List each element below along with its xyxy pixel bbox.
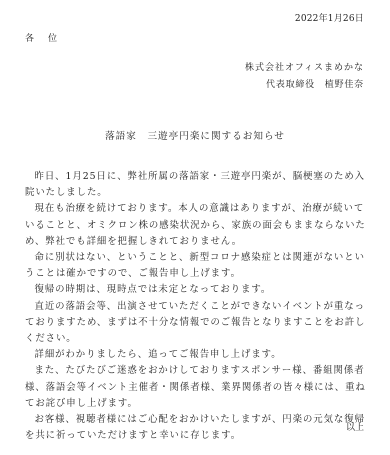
document-date: 2022年1月26日 <box>295 11 364 24</box>
company-name: 株式会社オフィスまめかな <box>245 60 364 73</box>
body-paragraph: お客様、視聴者様にはご心配をおかけいたしますが、円楽の元気な復帰を共に祈っていた… <box>25 412 367 444</box>
document-body: 昨日、1月25日に、弊社所属の落語家・三遊亭円楽が、脳梗塞のため入院いたしました… <box>25 169 367 444</box>
body-paragraph: また、たびたびご迷惑をおかけしておりますスポンサー様、番組関係者様、落語会等イベ… <box>25 363 367 412</box>
body-paragraph: 現在も治療を続けております。本人の意識はありますが、治療が続いていることと、オミ… <box>25 201 367 250</box>
document-title: 落語家 三遊亭円楽に関するお知らせ <box>0 128 390 142</box>
body-paragraph: 昨日、1月25日に、弊社所属の落語家・三遊亭円楽が、脳梗塞のため入院いたしました… <box>25 169 367 201</box>
addressee: 各位 <box>25 31 57 44</box>
addressee-part: 各 <box>25 34 34 44</box>
addressee-part: 位 <box>48 34 57 44</box>
body-paragraph: 詳細がわかりましたら、追ってご報告申し上げます。 <box>25 347 367 363</box>
body-paragraph: 復帰の時期は、現時点では未定となっております。 <box>25 282 367 298</box>
body-paragraph: 直近の落語会等、出演させていただくことができないイベントが重なっておりますため、… <box>25 299 367 348</box>
closing-remark: 以上 <box>346 420 364 433</box>
body-paragraph: 命に別状はない、ということと、新型コロナ感染症とは関連がないということは確かです… <box>25 250 367 282</box>
representative-name: 代表取締役 植野佳奈 <box>266 77 364 90</box>
